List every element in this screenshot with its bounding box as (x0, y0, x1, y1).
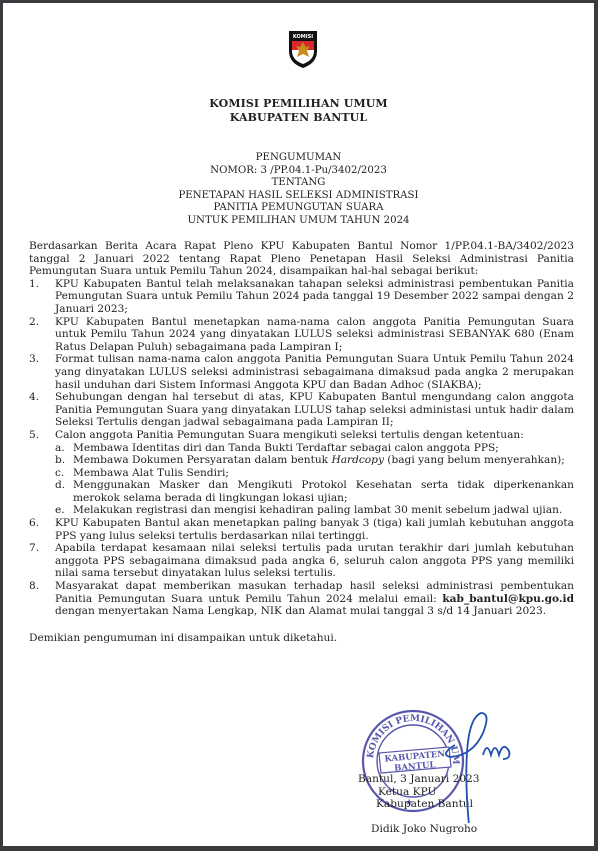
list-number: 2. (29, 316, 39, 329)
list-item: 8. Masyarakat dapat memberikan masukan t… (29, 580, 574, 618)
signatory-name: Didik Joko Nugroho (371, 823, 480, 836)
sub-item: d. Menggunakan Masker dan Mengikuti Prot… (55, 479, 574, 504)
announcement-body: Berdasarkan Berita Acara Rapat Pleno KPU… (29, 240, 574, 644)
announcement-subject: PANITIA PEMUNGUTAN SUARA (3, 202, 594, 215)
sub-item-text: Membawa Identitas diri dan Tanda Bukti T… (73, 442, 499, 454)
list-text: dengan menyertakan Nama Lengkap, NIK dan… (55, 605, 546, 617)
announcement-number: NOMOR: 3 /PP.04.1-Pu/3402/2023 (3, 165, 594, 178)
sub-item-letter: e. (55, 504, 65, 517)
list-number: 8. (29, 580, 39, 593)
intro-paragraph: Berdasarkan Berita Acara Rapat Pleno KPU… (29, 240, 574, 278)
list-item: 1. KPU Kabupaten Bantul telah melaksanak… (29, 278, 574, 316)
list-item: 3. Format tulisan nama-nama calon anggot… (29, 353, 574, 391)
announcement-header: PENGUMUMAN NOMOR: 3 /PP.04.1-Pu/3402/202… (3, 152, 594, 227)
sub-item-letter: b. (55, 454, 65, 467)
list-text: KPU Kabupaten Bantul akan menetapkan pal… (55, 517, 574, 542)
sub-item: a. Membawa Identitas diri dan Tanda Bukt… (55, 442, 574, 455)
sub-item-letter: c. (55, 467, 64, 480)
list-item: 5. Calon anggota Panitia Pemungutan Suar… (29, 429, 574, 517)
sub-item-letter: d. (55, 479, 65, 492)
list-item: 6. KPU Kabupaten Bantul akan menetapkan … (29, 517, 574, 542)
list-number: 5. (29, 429, 39, 442)
closing-paragraph: Demikian pengumuman ini disampaikan untu… (29, 632, 574, 645)
svg-text:KOMISI: KOMISI (293, 34, 313, 40)
list-number: 6. (29, 517, 39, 530)
document-page: KOMISI KOMISI PEMILIHAN UMUM KABUPATEN B… (3, 3, 594, 846)
sub-item-text: Membawa Dokumen Persyaratan dalam bentuk (73, 454, 331, 466)
handwritten-signature-icon (421, 693, 521, 823)
list-number: 4. (29, 391, 39, 404)
list-text: Sehubungan dengan hal tersebut di atas, … (55, 391, 574, 428)
list-text: Calon anggota Panitia Pemungutan Suara m… (55, 429, 524, 441)
sub-item: b. Membawa Dokumen Persyaratan dalam ben… (55, 454, 574, 467)
sub-item: c. Membawa Alat Tulis Sendiri; (55, 467, 574, 480)
sub-item-text: Menggunakan Masker dan Mengikuti Protoko… (73, 479, 574, 504)
list-text: Format tulisan nama-nama calon anggota P… (55, 353, 574, 390)
organization-name: KOMISI PEMILIHAN UMUM (3, 97, 594, 110)
list-item: 2. KPU Kabupaten Bantul menetapkan nama-… (29, 316, 574, 354)
list-item: 7. Apabila terdapat kesamaan nilai selek… (29, 542, 574, 580)
sub-item-text: (bagi yang belum menyerahkan); (384, 454, 565, 466)
announcement-subject: PENETAPAN HASIL SELEKSI ADMINISTRASI (3, 190, 594, 203)
announcement-title: PENGUMUMAN (3, 152, 594, 165)
list-item: 4. Sehubungan dengan hal tersebut di ata… (29, 391, 574, 429)
list-number: 7. (29, 542, 39, 555)
announcement-about: TENTANG (3, 177, 594, 190)
list-text: KPU Kabupaten Bantul telah melaksanakan … (55, 278, 574, 315)
sub-item-italic: Hardcopy (331, 454, 383, 466)
kpu-logo-icon: KOMISI (286, 29, 320, 69)
announcement-subject: UNTUK PEMILIHAN UMUM TAHUN 2024 (3, 215, 594, 228)
list-number: 1. (29, 278, 39, 291)
list-number: 3. (29, 353, 39, 366)
organization-region: KABUPATEN BANTUL (3, 111, 594, 124)
list-text: Apabila terdapat kesamaan nilai seleksi … (55, 542, 574, 579)
sub-item: e. Melakukan registrasi dan mengisi keha… (55, 504, 574, 517)
email-link[interactable]: kab_bantul@kpu.go.id (442, 593, 574, 605)
sub-item-letter: a. (55, 442, 65, 455)
sub-item-text: Membawa Alat Tulis Sendiri; (73, 467, 229, 479)
sub-item-text: Melakukan registrasi dan mengisi kehadir… (73, 504, 562, 516)
list-text: KPU Kabupaten Bantul menetapkan nama-nam… (55, 316, 574, 353)
